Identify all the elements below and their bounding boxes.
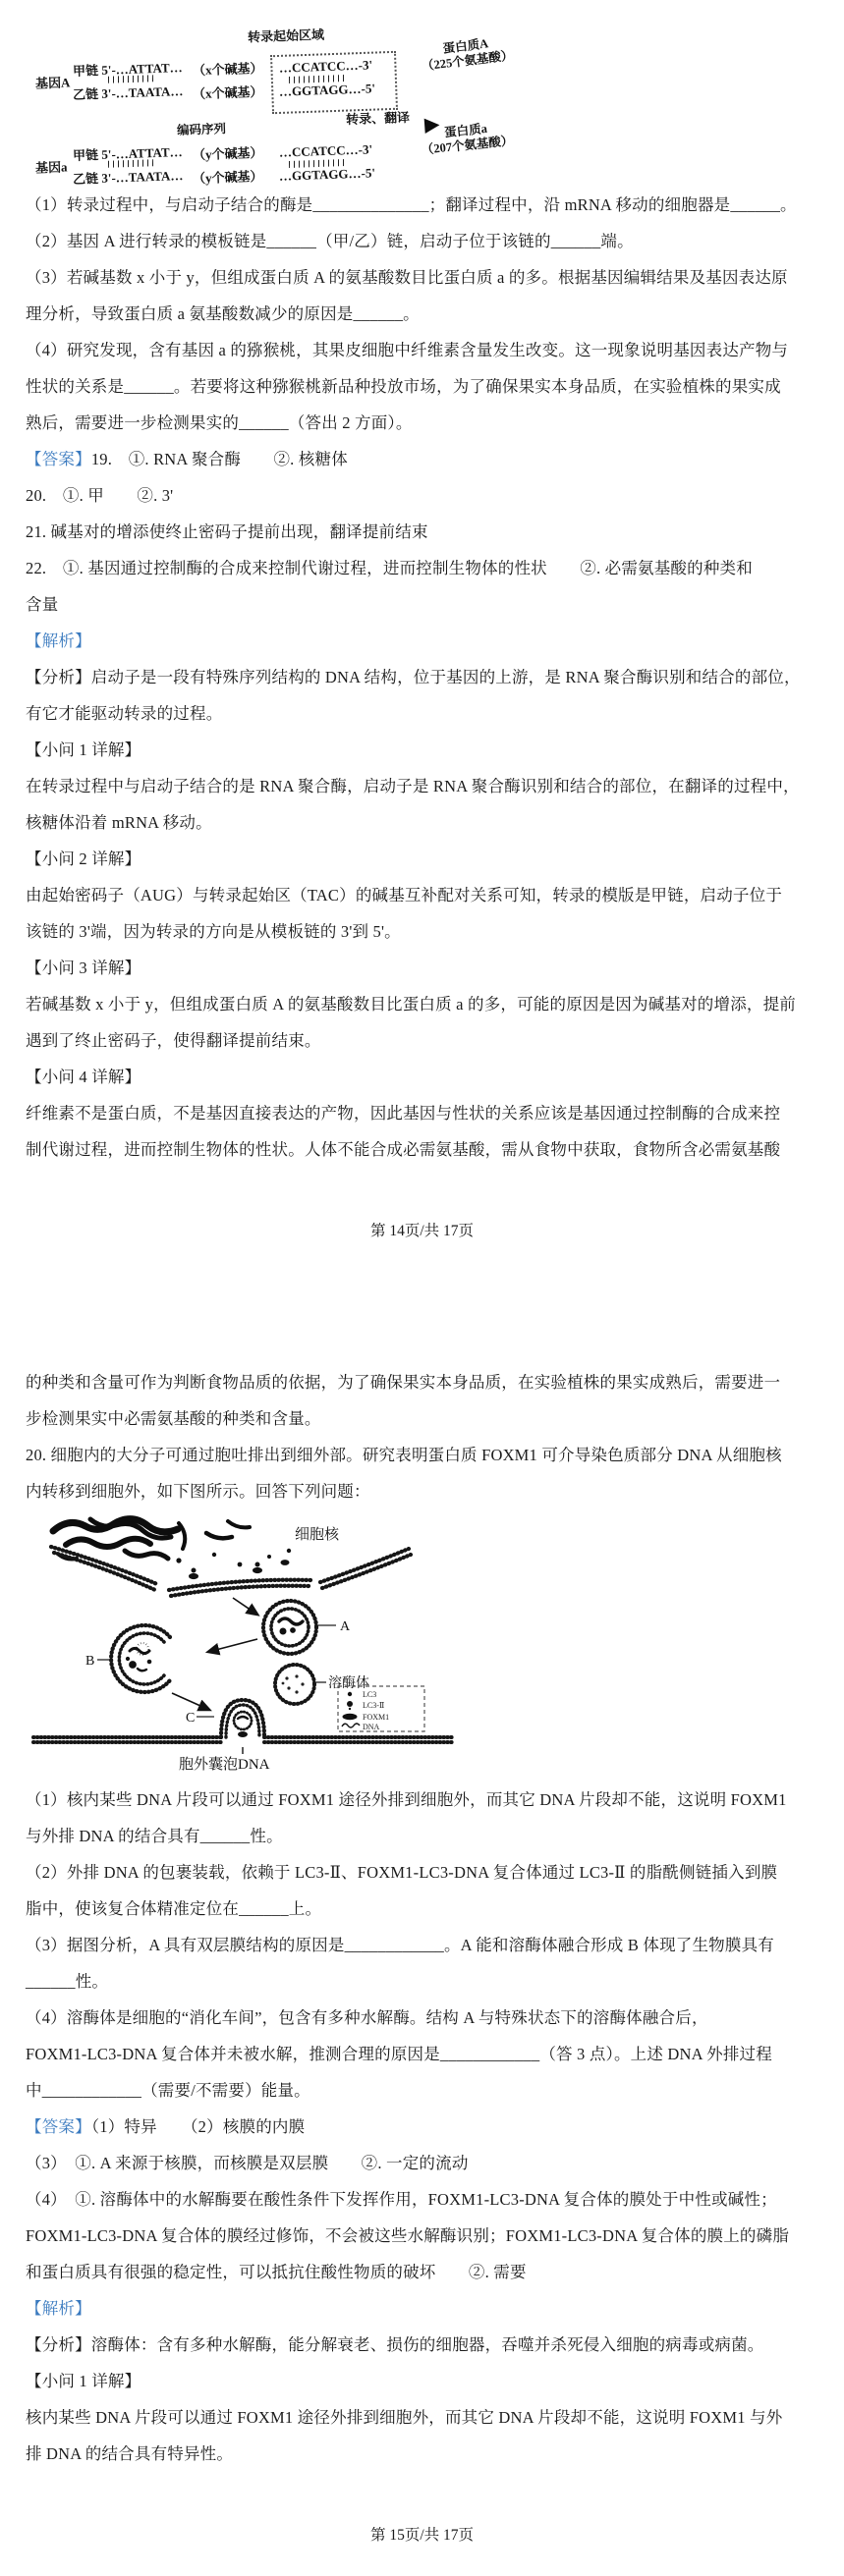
analysis-line: 若碱基数 x 小于 y，但组成蛋白质 A 的氨基酸数目比蛋白质 a 的多，可能的… [26,986,818,1022]
analysis-line: 【小问 1 详解】 [26,2363,818,2399]
answer-line: 【答案】（1）特异 （2）核膜的内膜 [26,2109,818,2145]
answer-line: 含量 [26,586,818,623]
gene-A-bases-x: （x个碱基） [193,58,263,79]
gene-transcription-figure: 转录起始区域 基因A 甲链 5'-…ATTAT… （x个碱基） …CCATCC…… [29,14,818,179]
analysis-line: 【小问 2 详解】 [26,841,818,877]
gene-a-bases-y: （y个碱基） [193,142,263,163]
question-line: 理分析，导致蛋白质 a 氨基酸数减少的原因是______。 [26,296,818,332]
analysis-line: 核内某些 DNA 片段可以通过 FOXM1 途径外排到细胞外，而其它 DNA 片… [26,2399,818,2436]
analysis-label: 【解析】 [26,2299,91,2318]
question-line: （1）核内某些 DNA 片段可以通过 FOXM1 途径外排到细胞外，而其它 DN… [26,1781,818,1818]
text-line: 的种类和含量可作为判断食物品质的依据，为了确保果实本身品质，在实验植株的果实成熟… [26,1364,818,1400]
question-line: ______性。 [26,1963,818,2000]
structure-B-label: B [85,1654,94,1669]
question-line: 20. 细胞内的大分子可通过胞吐排出到细外部。研究表明蛋白质 FOXM1 可介导… [26,1437,818,1473]
gene-A-seq-top: …CCATCC…-3' [279,57,373,76]
gene-A-label: 基因A [35,72,71,91]
foxm1-icon [343,1714,358,1720]
gene-a-seq-top: …CCATCC…-3' [279,141,373,160]
question-line: （1）转录过程中，与启动子结合的酶是______________；翻译过程中，沿… [26,187,818,223]
answer-text: （1）特异 （2）核膜的内膜 [91,2117,306,2136]
analysis-line: 纤维素不是蛋白质，不是基因直接表达的产物，因此基因与性状的关系应该是基因通过控制… [26,1095,818,1131]
figure-label-transcription-start-region: 转录起始区域 [248,25,325,46]
legend-lc3: LC3 [363,1690,376,1699]
analysis-line: 【分析】溶酶体：含有多种水解酶，能分解衰老、损伤的细胞器，吞噬并杀死侵入细胞的病… [26,2327,818,2363]
question-line: 中____________（需要/不需要）能量。 [26,2072,818,2109]
protein-A-callout: 蛋白质A （225个氨基酸） [420,33,515,74]
answer-label: 【答案】 [26,450,91,468]
gene-a-strand-yi: 乙链 3'-…TAATA… [73,165,184,188]
gene-A-bases-x2: （x个碱基） [193,82,263,102]
extracellular-vesicle-dna-label: 胞外囊泡DNA [179,1755,270,1773]
page-break [26,1238,818,1364]
structure-C-label: C [186,1711,195,1726]
legend-lc3-ii: LC3-Ⅱ [363,1701,384,1710]
gene-A-strand-yi: 乙链 3'-…TAATA… [73,81,184,103]
analysis-line: 遇到了终止密码子，使得翻译提前结束。 [26,1022,818,1059]
question-line: （2）基因 A 进行转录的模板链是______（甲/乙）链，启动子位于该链的__… [26,223,818,259]
answer-line: 和蛋白质具有很强的稳定性，可以抵抗住酸性物质的破坏 ②. 需要 [26,2254,818,2290]
nucleus-label: 细胞核 [295,1525,340,1543]
legend-foxm1: FOXM1 [363,1713,389,1722]
gene-a-label: 基因a [35,156,68,176]
gene-a-seq-bot: …GGTAGG…-5' [279,165,375,184]
analysis-line: 该链的 3'端，因为转录的方向是从模板链的 3'到 5'。 [26,913,818,950]
analysis-line: 【小问 3 详解】 [26,950,818,986]
question-line: 脂中，使该复合体精准定位在______上。 [26,1891,818,1927]
answer-line: 22. ①. 基因通过控制酶的合成来控制代谢过程，进而控制生物体的性状 ②. 必… [26,550,818,586]
analysis-line: 核糖体沿着 mRNA 移动。 [26,804,818,841]
answer-text: 19. ①. RNA 聚合酶 ②. 核糖体 [91,450,348,468]
question-line: （4）溶酶体是细胞的“消化车间”，包含有多种水解酶。结构 A 与特殊状态下的溶酶… [26,2000,818,2036]
question-line: 与外排 DNA 的结合具有______性。 [26,1818,818,1854]
exam-document: 转录起始区域 基因A 甲链 5'-…ATTAT… （x个碱基） …CCATCC…… [0,14,844,2543]
question-line: 熟后，需要进一步检测果实的______（答出 2 方面）。 [26,405,818,441]
analysis-line: 由起始密码子（AUG）与转录起始区（TAC）的碱基互补配对关系可知，转录的模版是… [26,877,818,913]
answer-line: 20. ①. 甲 ②. 3' [26,477,818,514]
answer-line: （4） ①. 溶酶体中的水解酶要在酸性条件下发挥作用，FOXM1-LC3-DNA… [26,2181,818,2218]
page-14: 转录起始区域 基因A 甲链 5'-…ATTAT… （x个碱基） …CCATCC…… [26,14,818,1238]
coding-sequence-label: 编码序列 [177,119,227,138]
cell-exocytosis-figure: A B 溶酶体 [31,1511,454,1775]
analysis-line: 【小问 4 详解】 [26,1059,818,1095]
analysis-line: 制代谢过程，进而控制生物体的性状。人体不能合成必需氨基酸，需从食物中获取，食物所… [26,1131,818,1168]
lysosome-label: 溶酶体 [328,1674,369,1691]
analysis-label: 【解析】 [26,631,91,650]
analysis-header: 【解析】 [26,623,818,659]
page-15-footer: 第 15页/共 17页 [26,2523,818,2543]
question-line: 性状的关系是______。若要将这种猕猴桃新品种投放市场，为了确保果实本身品质，… [26,368,818,405]
lc3-icon [348,1692,352,1696]
analysis-header: 【解析】 [26,2290,818,2327]
gene-A-seq-bot: …GGTAGG…-5' [279,81,375,99]
analysis-line: 在转录过程中与启动子结合的是 RNA 聚合酶，启动子是 RNA 聚合酶识别和结合… [26,768,818,804]
answer-label: 【答案】 [26,2117,91,2136]
answer-line: 【答案】19. ①. RNA 聚合酶 ②. 核糖体 [26,441,818,477]
question-line: 内转移到细胞外，如下图所示。回答下列问题： [26,1473,818,1509]
question-line: FOXM1-LC3-DNA 复合体并未被水解，推测合理的原因是_________… [26,2036,818,2072]
answer-line: 21. 碱基对的增添使终止密码子提前出现，翻译提前结束 [26,514,818,550]
structure-A-label: A [340,1619,351,1634]
question-line: （2）外排 DNA 的包裹装载，依赖于 LC3-Ⅱ、FOXM1-LC3-DNA … [26,1854,818,1891]
process-label: 转录、翻译 [346,107,411,128]
page-15: 的种类和含量可作为判断食物品质的依据，为了确保果实本身品质，在实验植株的果实成熟… [26,1364,818,2543]
question-line: （3）据图分析，A 具有双层膜结构的原因是____________。A 能和溶酶… [26,1927,818,1963]
analysis-line: 排 DNA 的结合具有特异性。 [26,2436,818,2472]
analysis-line: 有它才能驱动转录的过程。 [26,695,818,732]
answer-line: （3） ①. A 来源于核膜，而核膜是双层膜 ②. 一定的流动 [26,2145,818,2181]
gene-a-bases-y2: （y个碱基） [193,166,263,187]
dna-icon [342,1724,360,1727]
question-line: （3）若碱基数 x 小于 y，但组成蛋白质 A 的氨基酸数目比蛋白质 a 的多。… [26,259,818,296]
question-line: （4）研究发现，含有基因 a 的猕猴桃，其果皮细胞中纤维素含量发生改变。这一现象… [26,332,818,368]
legend-dna: DNA [363,1723,380,1731]
analysis-line: 【小问 1 详解】 [26,732,818,768]
analysis-line: 【分析】启动子是一段有特殊序列结构的 DNA 结构，位于基因的上游，是 RNA … [26,659,818,695]
text-line: 步检测果实中必需氨基酸的种类和含量。 [26,1400,818,1437]
page-14-footer: 第 14页/共 17页 [26,1219,818,1238]
answer-line: FOXM1-LC3-DNA 复合体的膜经过修饰，不会被这些水解酶识别；FOXM1… [26,2218,818,2254]
lc3-ii-icon [347,1701,353,1707]
